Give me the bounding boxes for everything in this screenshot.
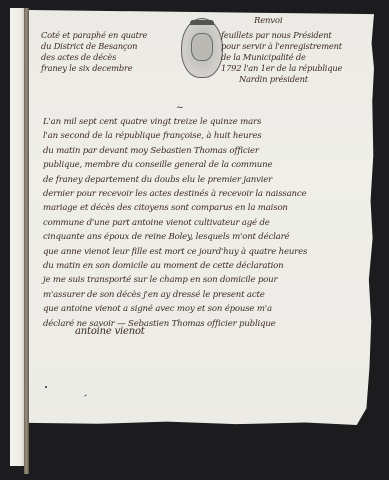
header-right-line: 1792 l'an 1er de la république xyxy=(221,63,342,74)
header-right-line: feuillets par nous Président xyxy=(221,30,342,41)
district-seal-stamp-icon xyxy=(181,18,223,78)
body-line: du matin par devant moy Sebastien Thomas… xyxy=(43,144,307,158)
header-left: Coté et paraphé en quatre du District de… xyxy=(41,30,147,74)
body-line: du matin en son domicile au moment de ce… xyxy=(43,259,307,273)
flourish-mark: ~ xyxy=(176,103,184,113)
body-line: que anne vienot leur fille est mort ce j… xyxy=(43,245,307,259)
header-left-line: franey le six decembre xyxy=(41,63,147,74)
paper-speck xyxy=(45,386,47,388)
body-line: je me suis transporté sur le champ en so… xyxy=(43,273,307,287)
header-left-line: Coté et paraphé en quatre xyxy=(41,30,147,41)
body-line: commune d'une part antoine vienot cultiv… xyxy=(43,216,307,230)
body-line: que antoine vienot a signé avec moy et s… xyxy=(43,302,307,316)
body-line: m'assurer de son décès j'en ay dressé le… xyxy=(43,288,307,302)
header-right-line: pour servir à l'enregistrement xyxy=(221,41,342,52)
body-line: cinquante ans époux de reine Boley, lesq… xyxy=(43,230,307,244)
stamp-banner xyxy=(190,20,214,25)
header-left-line: des actes de décès xyxy=(41,52,147,63)
header-right: feuillets par nous Président pour servir… xyxy=(221,30,342,85)
body-line: publique, membre du conseille general de… xyxy=(43,158,307,172)
margin-note: Renvoi xyxy=(254,16,282,26)
header-right-line: Nardin président xyxy=(221,74,342,85)
binding-spine xyxy=(10,8,25,466)
paper-speck xyxy=(84,394,87,396)
body-text: L'an mil sept cent quatre vingt treize l… xyxy=(43,115,307,331)
header-left-line: du District de Besançon xyxy=(41,41,147,52)
body-line: dernier pour recevoir les actes destinés… xyxy=(43,187,307,201)
document-page: Renvoi Coté et paraphé en quatre du Dist… xyxy=(29,10,374,425)
body-line: mariage et décès des citoyens sont compa… xyxy=(43,201,307,215)
body-line: de franey departement du doubs elu le pr… xyxy=(43,173,307,187)
header-right-line: de la Municipalité de xyxy=(221,52,342,63)
binding-edge xyxy=(24,8,29,474)
signature-declarant: antoine vienot xyxy=(75,326,145,337)
body-line: l'an second de la république françoise, … xyxy=(43,129,307,143)
body-line: L'an mil sept cent quatre vingt treize l… xyxy=(43,115,307,129)
